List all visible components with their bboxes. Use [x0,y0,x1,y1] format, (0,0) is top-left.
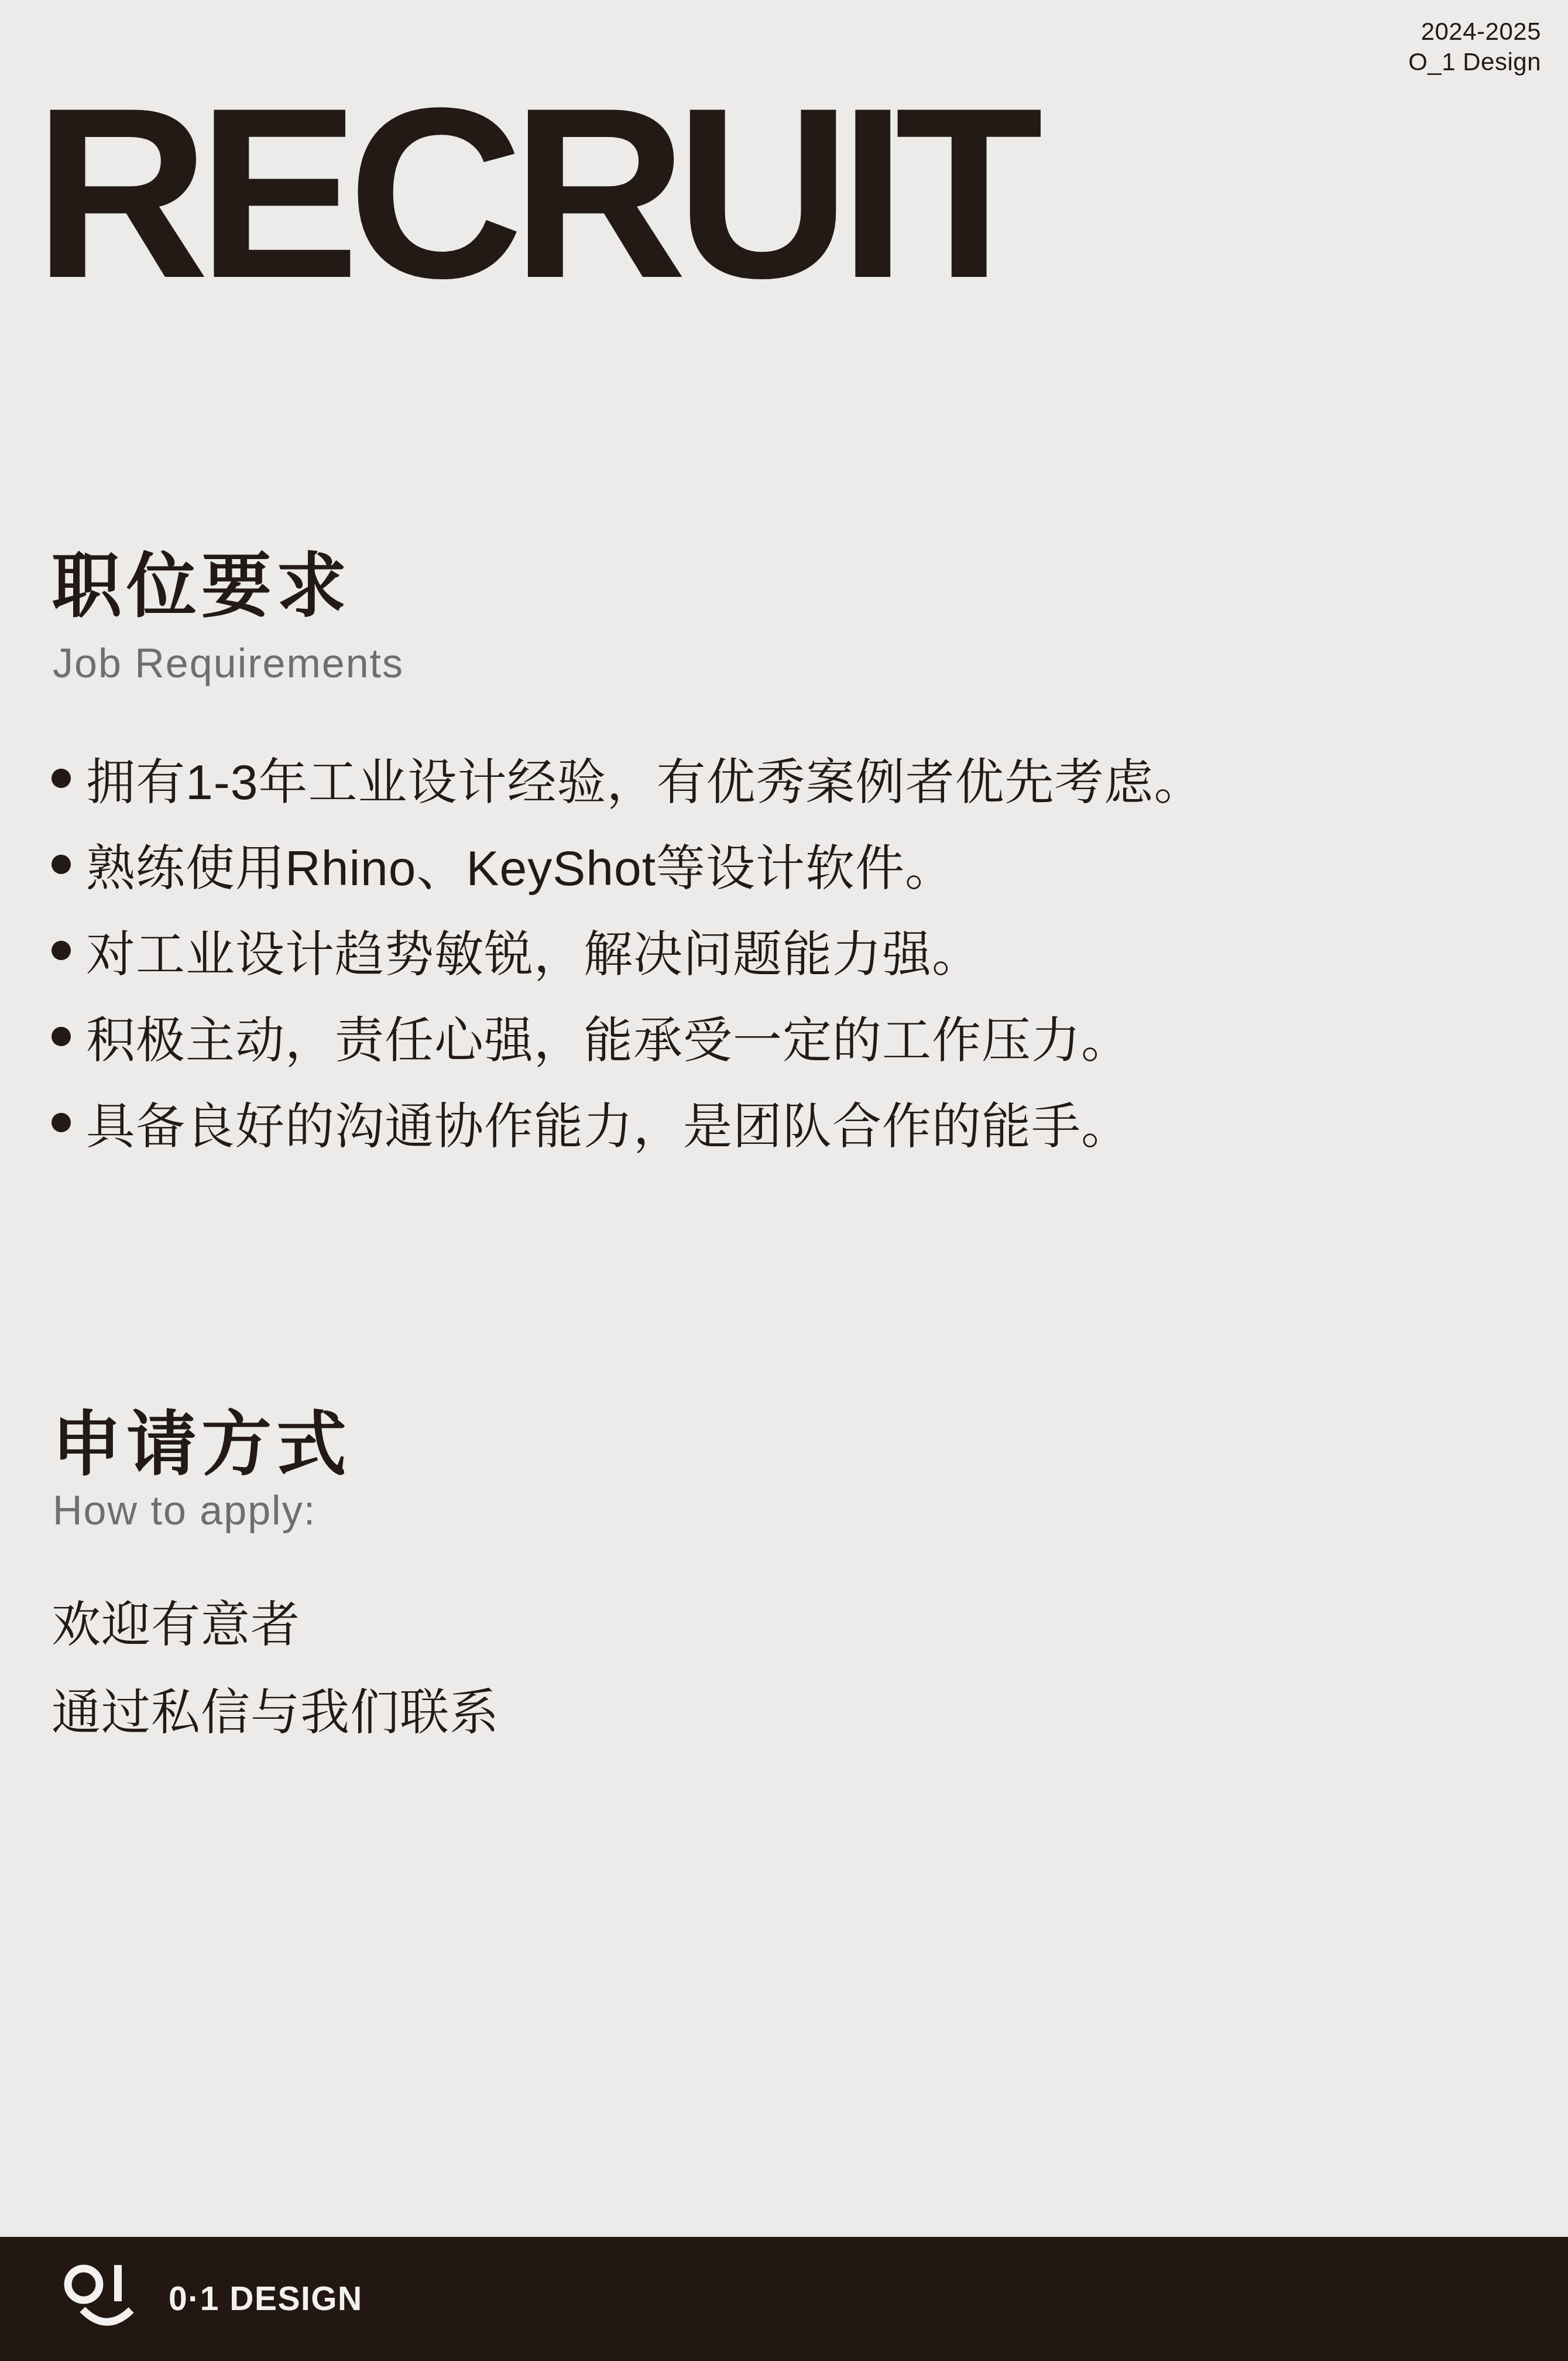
how-to-apply-title-en: How to apply: [53,1490,316,1531]
bullet-dot-icon [52,1027,71,1046]
apply-line: 欢迎有意者 [52,1581,499,1668]
list-item: 拥有1-3年工业设计经验，有优秀案例者优先考虑。 [52,735,1203,821]
poster-meta: 2024-2025 O_1 Design [1408,16,1541,77]
bullet-dot-icon [52,941,71,960]
how-to-apply-title-cn: 申请方式 [52,1410,351,1480]
bullet-dot-icon [52,855,71,874]
list-item-text: 熟练使用Rhino、KeyShot等设计软件。 [86,829,955,900]
recruit-poster: 2024-2025 O_1 Design RECRUIT 职位要求 Job Re… [0,0,1568,2361]
list-item-text: 拥有1-3年工业设计经验，有优秀案例者优先考虑。 [86,743,1203,814]
apply-line: 通过私信与我们联系 [52,1668,499,1756]
job-requirements-title-cn: 职位要求 [52,551,351,622]
list-item: 具备良好的沟通协作能力，是团队合作的能手。 [52,1080,1203,1166]
how-to-apply-text: 欢迎有意者 通过私信与我们联系 [52,1581,499,1756]
list-item-text: 具备良好的沟通协作能力，是团队合作的能手。 [86,1087,1131,1158]
job-requirements-title-en: Job Requirements [53,643,404,684]
bullet-dot-icon [52,769,71,788]
footer-bar: 0·1 DESIGN [0,2237,1568,2361]
smiley-01-logo-icon [59,2260,142,2338]
page-title: RECRUIT [34,71,1031,314]
bullet-dot-icon [52,1113,71,1132]
list-item-text: 积极主动，责任心强，能承受一定的工作压力。 [86,1001,1131,1072]
list-item: 熟练使用Rhino、KeyShot等设计软件。 [52,821,1203,907]
job-requirements-list: 拥有1-3年工业设计经验，有优秀案例者优先考虑。 熟练使用Rhino、KeySh… [52,735,1203,1166]
list-item: 对工业设计趋势敏锐，解决问题能力强。 [52,907,1203,993]
meta-year-range: 2024-2025 [1408,16,1541,47]
meta-brand: O_1 Design [1408,47,1541,77]
footer-brand-text: 0·1 DESIGN [169,2280,363,2318]
list-item-text: 对工业设计趋势敏锐，解决问题能力强。 [86,915,982,986]
list-item: 积极主动，责任心强，能承受一定的工作压力。 [52,993,1203,1080]
